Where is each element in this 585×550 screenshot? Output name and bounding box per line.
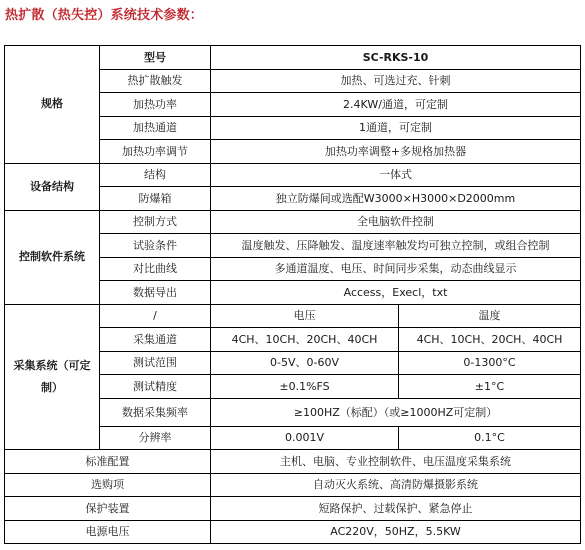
- page-title: 热扩散（热失控）系统技术参数：: [5, 4, 203, 23]
- table-row: 设备结构 结构 一体式: [5, 163, 581, 187]
- param-value: SC-RKS-10: [211, 46, 581, 70]
- param-name: 防爆箱: [100, 187, 211, 211]
- temperature-value: 0-1300°C: [399, 351, 581, 375]
- param-value: 独立防爆间或选配W3000×H3000×D2000mm: [211, 187, 581, 211]
- param-name: 选购项: [5, 473, 211, 497]
- voltage-value: 0-5V、0-60V: [211, 351, 399, 375]
- param-name: 试验条件: [100, 234, 211, 258]
- param-name: 加热功率调节: [100, 140, 211, 164]
- table-row: 控制软件系统 控制方式 全电脑软件控制: [5, 210, 581, 234]
- param-name: 分辨率: [100, 426, 211, 450]
- param-name: 型号: [100, 46, 211, 70]
- param-value: 多通道温度、电压、时间同步采集，动态曲线显示: [211, 257, 581, 281]
- param-name: 数据导出: [100, 281, 211, 305]
- voltage-value: 4CH、10CH、20CH、40CH: [211, 328, 399, 352]
- param-value: AC220V，50HZ，5.5KW: [211, 520, 581, 544]
- param-name: 结构: [100, 163, 211, 187]
- table-row: 保护装置 短路保护、过载保护、紧急停止: [5, 497, 581, 521]
- param-name: 电源电压: [5, 520, 211, 544]
- group-label-structure: 设备结构: [5, 163, 100, 210]
- param-name: 数据采集频率: [100, 398, 211, 426]
- param-value: 加热功率调整+多规格加热器: [211, 140, 581, 164]
- voltage-value: 0.001V: [211, 426, 399, 450]
- param-value: 2.4KW/通道，可定制: [211, 93, 581, 117]
- group-label-spec: 规格: [5, 46, 100, 164]
- param-name: 采集通道: [100, 328, 211, 352]
- spec-table: 规格 型号 SC-RKS-10 热扩散触发 加热、可选过充、针刺 加热功率 2.…: [4, 45, 581, 544]
- table-row: 规格 型号 SC-RKS-10: [5, 46, 581, 70]
- param-value: 主机、电脑、专业控制软件、电压温度采集系统: [211, 450, 581, 474]
- temperature-value: 0.1°C: [399, 426, 581, 450]
- param-value: Access，Execl，txt: [211, 281, 581, 305]
- group-label-software: 控制软件系统: [5, 210, 100, 304]
- temperature-value: ±1°C: [399, 375, 581, 399]
- table-row: 电源电压 AC220V，50HZ，5.5KW: [5, 520, 581, 544]
- table-row: 选购项 自动灭火系统、高清防爆摄影系统: [5, 473, 581, 497]
- param-value: 自动灭火系统、高清防爆摄影系统: [211, 473, 581, 497]
- param-name: /: [100, 304, 211, 328]
- param-name: 加热功率: [100, 93, 211, 117]
- param-name: 控制方式: [100, 210, 211, 234]
- param-value: 全电脑软件控制: [211, 210, 581, 234]
- table-row: 标准配置 主机、电脑、专业控制软件、电压温度采集系统: [5, 450, 581, 474]
- param-value: 一体式: [211, 163, 581, 187]
- param-name: 测试范围: [100, 351, 211, 375]
- param-value: 加热、可选过充、针刺: [211, 69, 581, 93]
- table-row: 采集系统（可定制） / 电压 温度: [5, 304, 581, 328]
- group-label-acquisition: 采集系统（可定制）: [5, 304, 100, 450]
- voltage-value: ±0.1%FS: [211, 375, 399, 399]
- temperature-value: 4CH、10CH、20CH、40CH: [399, 328, 581, 352]
- param-name: 测试精度: [100, 375, 211, 399]
- param-value: 短路保护、过载保护、紧急停止: [211, 497, 581, 521]
- param-name: 加热通道: [100, 116, 211, 140]
- param-name: 热扩散触发: [100, 69, 211, 93]
- column-header-temperature: 温度: [399, 304, 581, 328]
- column-header-voltage: 电压: [211, 304, 399, 328]
- param-name: 标准配置: [5, 450, 211, 474]
- param-name: 对比曲线: [100, 257, 211, 281]
- param-name: 保护装置: [5, 497, 211, 521]
- param-value: 温度触发、压降触发、温度速率触发均可独立控制，或组合控制: [211, 234, 581, 258]
- param-value: 1通道，可定制: [211, 116, 581, 140]
- param-value: ≥100HZ（标配）（或≥1000HZ可定制）: [211, 398, 581, 426]
